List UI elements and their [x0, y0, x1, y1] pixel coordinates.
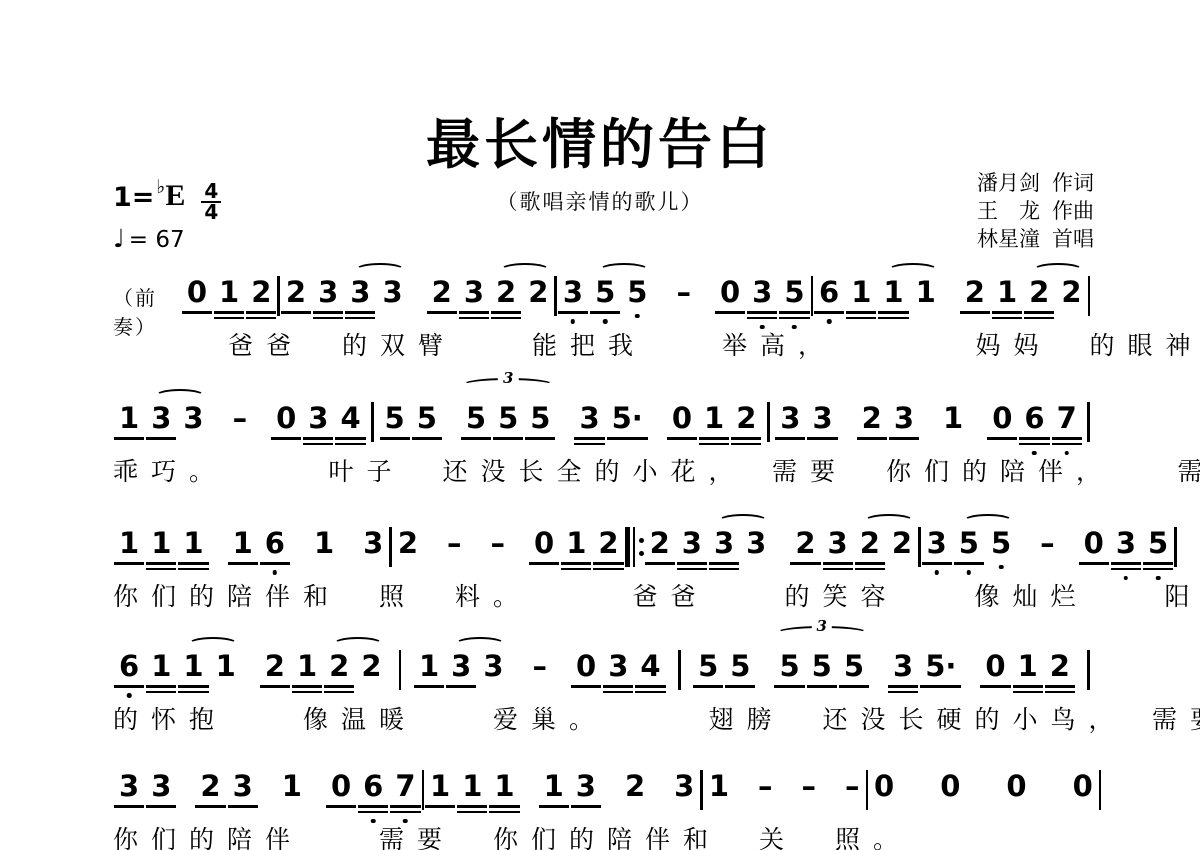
note-token: 2	[392, 527, 424, 561]
low-octave-dot	[792, 325, 797, 330]
note-number: 4	[640, 650, 660, 684]
note-number: 1	[883, 276, 903, 310]
note-number: 3	[608, 650, 628, 684]
note-token: 53	[806, 650, 838, 684]
note-token: 6	[259, 527, 291, 561]
beam-underline	[857, 437, 887, 440]
note-number: 3	[318, 276, 338, 310]
lyrics-line: 的怀抱 像温暖 爱巢。 翅膀 还没长硬的小鸟， 需要	[0, 700, 1200, 736]
intro-label: （前奏）	[113, 282, 181, 340]
beam-underline	[214, 311, 244, 314]
score-line-4: 61112122133–03455553535·012的怀抱 像温暖 爱巢。 翅…	[0, 650, 1200, 736]
beam-underline	[954, 562, 984, 565]
beam-underline	[313, 317, 343, 320]
note-number: 3	[746, 527, 766, 561]
note-token: 2	[1055, 276, 1087, 310]
note-number: 0	[672, 402, 692, 436]
beam-underline	[693, 685, 723, 688]
beam-underline	[324, 685, 354, 688]
note-token: 1	[845, 276, 877, 310]
beam-underline	[878, 317, 908, 320]
triplet-mark: 3	[462, 378, 554, 392]
beam-underline	[779, 311, 809, 314]
note-number: 1	[119, 402, 139, 436]
note-token: 2	[490, 276, 522, 310]
note-token: 0	[528, 527, 560, 561]
note-token: 0	[1067, 770, 1099, 804]
low-octave-dot	[1124, 576, 1129, 581]
beam-underline	[855, 562, 885, 565]
note-number: 5	[959, 527, 979, 561]
note-token: 3	[602, 650, 634, 684]
note-token: 1	[213, 276, 245, 310]
note-token: 3	[740, 527, 772, 561]
note-token: 1	[291, 650, 323, 684]
note-number: 3	[682, 527, 702, 561]
note-token: 0	[325, 770, 357, 804]
low-octave-dot	[934, 570, 939, 575]
note-number: 0	[1006, 770, 1026, 804]
triplet-number: 3	[812, 617, 832, 635]
beam-underline	[561, 568, 591, 571]
note-token: 3	[445, 650, 477, 684]
beam-underline	[1111, 562, 1141, 565]
beam-underline	[260, 562, 290, 565]
beam-underline	[260, 685, 290, 688]
low-octave-dot	[371, 819, 376, 824]
note-token: 5·	[606, 402, 649, 436]
note-token: 3	[573, 402, 605, 436]
note-number: 6	[363, 770, 383, 804]
beam-underline	[992, 311, 1022, 314]
note-token: 3	[708, 527, 740, 561]
note-number: 2	[361, 650, 381, 684]
beam-underline	[446, 685, 476, 688]
beam-underline	[303, 443, 333, 446]
beam-underline	[271, 437, 301, 440]
note-number: –	[447, 527, 462, 561]
measure: 133–034	[113, 402, 367, 436]
note-number: –	[758, 770, 773, 804]
dash-duration-mark: –	[752, 770, 779, 804]
note-token: 3	[668, 770, 700, 804]
barline	[1174, 527, 1177, 567]
note-number: –	[845, 770, 860, 804]
beam-underline	[603, 685, 633, 688]
beam-underline	[747, 317, 777, 320]
note-number: 1	[709, 770, 729, 804]
note-token: 0	[1000, 770, 1032, 804]
beam-underline	[491, 311, 521, 314]
dash-duration-mark: –	[839, 770, 866, 804]
note-number: 5	[1148, 527, 1168, 561]
note-token: 2	[619, 770, 651, 804]
note-number: 1	[704, 402, 724, 436]
note-token: 1	[177, 527, 209, 561]
note-number: 3	[183, 402, 203, 436]
note-token: 3	[145, 402, 177, 436]
note-token: 6	[357, 770, 389, 804]
beam-underline	[699, 443, 729, 446]
note-number: 7	[1057, 402, 1077, 436]
note-token: 1	[177, 650, 209, 684]
beam-underline	[645, 562, 675, 565]
note-token: 1	[113, 402, 145, 436]
note-number: –	[233, 402, 248, 436]
note-number: 1	[219, 276, 239, 310]
notes-row: （前奏）01223332322355–03561112122	[0, 276, 1200, 322]
note-number: 2	[329, 650, 349, 684]
note-number: 3	[233, 770, 253, 804]
beam-underline	[1111, 568, 1141, 571]
beam-underline	[390, 805, 420, 808]
note-token: 6	[1018, 402, 1050, 436]
note-token: 1	[538, 770, 570, 804]
barline	[1088, 276, 1091, 316]
beam-underline	[335, 437, 365, 440]
beam-underline	[814, 311, 844, 314]
barline	[1087, 650, 1090, 690]
note-token: 2	[592, 527, 624, 561]
measure: 1–––	[703, 770, 866, 804]
note-token: 2	[856, 402, 888, 436]
note-token: 0	[181, 276, 213, 310]
note-token: 0	[1078, 527, 1110, 561]
beam-underline	[214, 317, 244, 320]
note-number: 5·	[612, 402, 643, 436]
score-area: （前奏）01223332322355–03561112122爸爸 的双臂 能把我…	[0, 0, 1200, 850]
note-number: 0	[276, 402, 296, 436]
note-number: 1	[119, 527, 139, 561]
beam-underline	[878, 311, 908, 314]
note-token: 0	[270, 402, 302, 436]
low-octave-dot	[1156, 576, 1161, 581]
note-number: 2	[1029, 276, 1049, 310]
note-number: 2	[265, 650, 285, 684]
measure: 33231067	[774, 402, 1083, 436]
measure: 355–035	[557, 276, 811, 310]
note-number: 0	[1084, 527, 1104, 561]
note-number: 3	[308, 402, 328, 436]
beam-underline	[292, 691, 322, 694]
low-octave-dot	[127, 693, 132, 698]
note-number: 5	[530, 402, 550, 436]
note-number: 3	[464, 276, 484, 310]
beam-underline	[1019, 437, 1049, 440]
beam-underline	[1143, 568, 1173, 571]
beam-underline	[731, 437, 761, 440]
beam-underline	[1045, 685, 1075, 688]
note-token: 4	[334, 402, 366, 436]
note-token: 1	[413, 650, 445, 684]
beam-underline	[178, 568, 208, 571]
beam-underline	[529, 562, 559, 565]
note-number: 3	[382, 276, 402, 310]
beam-underline	[345, 311, 375, 314]
note-number: 5	[385, 402, 405, 436]
note-number: 1	[430, 770, 450, 804]
note-token: 0	[714, 276, 746, 310]
beam-underline	[489, 805, 519, 808]
beam-underline	[335, 443, 365, 446]
note-token: 2	[426, 276, 458, 310]
note-token: 2	[355, 650, 387, 684]
beam-underline	[715, 311, 745, 314]
note-token: 3	[887, 650, 919, 684]
beam-underline	[1052, 437, 1082, 440]
note-token: 6	[113, 650, 145, 684]
barline	[399, 650, 402, 690]
beam-underline	[635, 685, 665, 688]
note-token: 3	[557, 276, 589, 310]
measure: 2––012	[392, 527, 625, 561]
note-token: 3	[344, 276, 376, 310]
beam-underline	[146, 805, 176, 808]
note-token: 5	[692, 650, 724, 684]
note-number: 0	[874, 770, 894, 804]
note-number: 0	[985, 650, 1005, 684]
note-number: 3	[350, 276, 370, 310]
score-line-5: 3323106711113231–––0000你们的陪伴 需要 你们的陪伴和 关…	[0, 770, 1200, 850]
note-token: 2	[259, 650, 291, 684]
note-number: –	[676, 276, 691, 310]
beam-underline	[987, 437, 1017, 440]
beam-underline	[146, 685, 176, 688]
note-number: 0	[940, 770, 960, 804]
beam-underline	[922, 562, 952, 565]
note-number: 1	[997, 276, 1017, 310]
note-token: 5	[460, 402, 492, 436]
note-number: 2	[251, 276, 271, 310]
thick-bar	[625, 527, 630, 567]
note-number: 1	[282, 770, 302, 804]
measure: 1111323	[424, 770, 700, 804]
beam-underline	[1079, 562, 1109, 565]
beam-underline	[146, 562, 176, 565]
note-number: 2	[625, 770, 645, 804]
note-token: 3	[888, 402, 920, 436]
measure: 355–035	[921, 527, 1175, 561]
beam-underline	[313, 311, 343, 314]
beam-underline	[178, 685, 208, 688]
note-number: 5	[498, 402, 518, 436]
beam-underline	[345, 317, 375, 320]
beam-underline	[889, 437, 919, 440]
lyrics-line: 你们的陪伴 需要 你们的陪伴和 关 照。	[0, 820, 1200, 850]
note-token: 1	[877, 276, 909, 310]
note-token: 3	[822, 527, 854, 561]
beam-underline	[603, 691, 633, 694]
measure: 012	[181, 276, 278, 310]
note-token: 5	[589, 276, 621, 310]
low-octave-dot	[635, 314, 640, 319]
note-token: 1	[145, 650, 177, 684]
note-token: 2	[730, 402, 762, 436]
low-octave-dot	[999, 565, 1004, 570]
note-number: 2	[528, 276, 548, 310]
note-token: 3	[145, 770, 177, 804]
note-token: 3	[113, 770, 145, 804]
beam-underline	[731, 443, 761, 446]
note-number: 2	[598, 527, 618, 561]
note-token: 2	[886, 527, 918, 561]
lyrics-line: 乖巧。 叶子 还没长全的小花， 需要 你们的陪伴， 需要	[0, 452, 1200, 488]
beam-underline	[228, 562, 258, 565]
note-token: 0	[868, 770, 900, 804]
beam-underline	[380, 437, 410, 440]
note-token: 1	[991, 276, 1023, 310]
note-number: 6	[1024, 402, 1044, 436]
barline	[1087, 402, 1090, 442]
note-token: 2	[644, 527, 676, 561]
note-token: 0	[979, 650, 1011, 684]
beam-underline	[114, 685, 144, 688]
repeat-start-barline	[625, 527, 644, 567]
note-token: 5	[379, 402, 411, 436]
note-token: 1	[560, 527, 592, 561]
note-number: 0	[331, 770, 351, 804]
note-token: 2	[194, 770, 226, 804]
note-token: 3	[302, 402, 334, 436]
note-token: 3	[312, 276, 344, 310]
beam-underline	[593, 568, 623, 571]
note-number: 0	[576, 650, 596, 684]
note-token: 1	[276, 770, 308, 804]
note-token: 1	[488, 770, 520, 804]
note-token: 1	[937, 402, 969, 436]
note-number: 2	[862, 402, 882, 436]
note-number: 5	[730, 650, 750, 684]
note-number: 1	[943, 402, 963, 436]
note-number: 3	[483, 650, 503, 684]
notes-row: 61112122133–03455553535·012	[0, 650, 1200, 696]
note-number: 3	[812, 402, 832, 436]
note-token: 5	[985, 527, 1017, 561]
note-token: 1	[703, 770, 735, 804]
beam-underline	[709, 568, 739, 571]
beam-underline	[779, 317, 809, 320]
note-token: 5	[1142, 527, 1174, 561]
note-number: 2	[432, 276, 452, 310]
low-octave-dot	[1064, 451, 1069, 456]
note-token: 5	[838, 650, 870, 684]
beam-underline	[358, 811, 388, 814]
note-token: 5·	[919, 650, 962, 684]
beam-underline	[846, 311, 876, 314]
low-octave-dot	[1032, 451, 1037, 456]
low-octave-dot	[760, 325, 765, 330]
note-number: 3	[563, 276, 583, 310]
dash-duration-mark: –	[227, 402, 254, 436]
note-token: 5	[411, 402, 443, 436]
note-token: 3	[746, 276, 778, 310]
note-number: 3	[894, 402, 914, 436]
note-number: 3	[151, 402, 171, 436]
note-token: 1	[456, 770, 488, 804]
beam-underline	[1052, 443, 1082, 446]
beam-underline	[114, 562, 144, 565]
barline	[371, 402, 374, 442]
note-token: 2	[789, 527, 821, 561]
beam-underline	[390, 811, 420, 814]
beam-underline	[178, 562, 208, 565]
note-number: 5	[627, 276, 647, 310]
beam-underline	[790, 562, 820, 565]
note-token: 0	[666, 402, 698, 436]
note-token: 2	[959, 276, 991, 310]
note-token: 3	[806, 402, 838, 436]
beam-underline	[292, 685, 322, 688]
note-token: 3	[921, 527, 953, 561]
note-token: 6	[813, 276, 845, 310]
beam-underline	[326, 805, 356, 808]
beam-underline	[747, 311, 777, 314]
beam-underline	[561, 562, 591, 565]
note-number: 3	[119, 770, 139, 804]
note-number: 1	[916, 276, 936, 310]
triplet-mark: 3	[776, 626, 868, 640]
measure: 23332322	[644, 527, 919, 561]
note-token: 3	[458, 276, 490, 310]
beam-underline	[246, 311, 276, 314]
note-token: 5	[778, 276, 810, 310]
note-number: 2	[795, 527, 815, 561]
note-number: 5·	[925, 650, 956, 684]
beam-underline	[775, 437, 805, 440]
note-token: 7	[1051, 402, 1083, 436]
note-number: 1	[183, 650, 203, 684]
note-token: 7	[389, 770, 421, 804]
note-number: 5	[779, 650, 799, 684]
note-token: 1	[1012, 650, 1044, 684]
beam-underline	[888, 691, 918, 694]
note-token: 3	[357, 527, 389, 561]
note-number: 3	[151, 770, 171, 804]
thin-bar	[633, 527, 635, 567]
dash-duration-mark: –	[796, 770, 823, 804]
beam-underline	[839, 685, 869, 688]
beam-underline	[980, 685, 1010, 688]
measure: 61112122	[813, 276, 1088, 310]
measure: 55553535·012	[692, 650, 1076, 684]
beam-underline	[493, 437, 523, 440]
beam-underline	[667, 437, 697, 440]
note-token: 2	[854, 527, 886, 561]
beam-underline	[725, 685, 755, 688]
note-number: 2	[496, 276, 516, 310]
beam-underline	[425, 805, 455, 808]
note-number: 2	[1061, 276, 1081, 310]
note-number: 3	[752, 276, 772, 310]
note-number: 5	[698, 650, 718, 684]
note-number: 4	[340, 402, 360, 436]
triplet-number: 3	[498, 369, 518, 387]
beam-underline	[539, 805, 569, 808]
note-number: 0	[1073, 770, 1093, 804]
beam-underline	[1045, 691, 1075, 694]
measure: 1111613	[113, 527, 389, 561]
note-token: 3	[570, 770, 602, 804]
beam-underline	[574, 443, 604, 446]
beam-underline	[178, 691, 208, 694]
dash-duration-mark: –	[527, 650, 554, 684]
note-token: 3	[676, 527, 708, 561]
beam-underline	[677, 568, 707, 571]
note-number: 2	[398, 527, 418, 561]
note-token: 1	[227, 527, 259, 561]
beam-underline	[571, 685, 601, 688]
beam-underline	[1024, 317, 1054, 320]
